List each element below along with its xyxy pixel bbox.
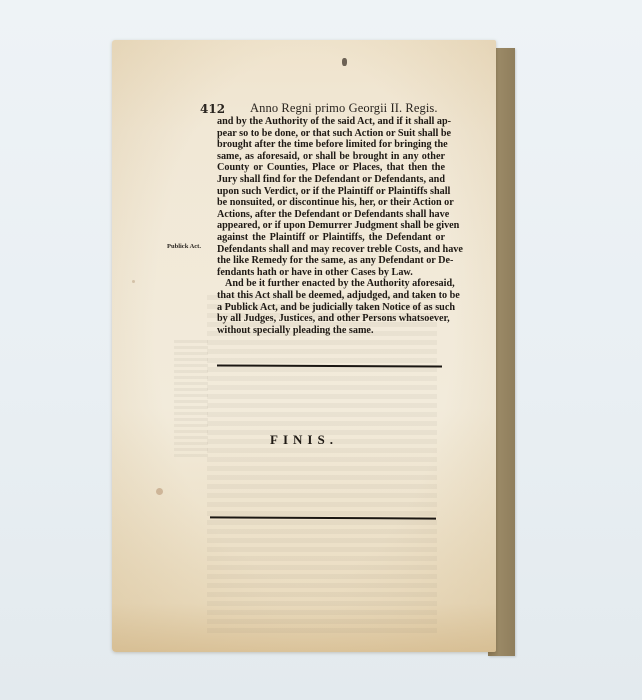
margin-note: Publick Act. bbox=[167, 243, 201, 250]
page-number: 412 bbox=[200, 102, 225, 116]
text-line: against the Plaintiff or Plaintiffs, the… bbox=[217, 232, 445, 244]
text-line: be nonsuited, or discontinue his, her, o… bbox=[217, 197, 445, 209]
running-head: Anno Regni primo Georgii II. Regis. bbox=[250, 101, 438, 116]
text-line: brought after the time before limited fo… bbox=[217, 139, 445, 151]
text-line: the like Remedy for the same, as any Def… bbox=[217, 255, 445, 267]
document-page: 412 Anno Regni primo Georgii II. Regis. … bbox=[112, 40, 496, 652]
text-line: a Publick Act, and be judicially taken N… bbox=[217, 302, 445, 314]
text-line: upon such Verdict, or if the Plaintiff o… bbox=[217, 186, 445, 198]
text-line: pear so to be done, or that such Action … bbox=[217, 128, 445, 140]
text-line: without specially pleading the same. bbox=[217, 325, 445, 337]
text-line: Actions, after the Defendant or Defendan… bbox=[217, 209, 445, 221]
text-line: and by the Authority of the said Act, an… bbox=[217, 116, 445, 128]
text-line: Jury shall find for the Defendant or Def… bbox=[217, 174, 445, 186]
body-text: and by the Authority of the said Act, an… bbox=[217, 116, 445, 336]
finis-label: FINIS. bbox=[112, 432, 496, 448]
text-line: County or Counties, Place or Places, tha… bbox=[217, 162, 445, 174]
foxing-spot bbox=[156, 488, 163, 495]
text-line: same, as aforesaid, or shall be brought … bbox=[217, 151, 445, 163]
text-line: Defendants shall and may recover treble … bbox=[217, 244, 445, 256]
text-line: And be it further enacted by the Authori… bbox=[217, 278, 445, 290]
text-line: fendants hath or have in other Cases by … bbox=[217, 267, 445, 279]
worm-hole bbox=[342, 58, 347, 66]
text-line: that this Act shall be deemed, adjudged,… bbox=[217, 290, 445, 302]
text-line: appeared, or if upon Demurrer Judgment s… bbox=[217, 220, 445, 232]
text-line: by all Judges, Justices, and other Perso… bbox=[217, 313, 445, 325]
foxing-spot bbox=[132, 280, 135, 283]
bleed-through-text bbox=[207, 295, 437, 635]
